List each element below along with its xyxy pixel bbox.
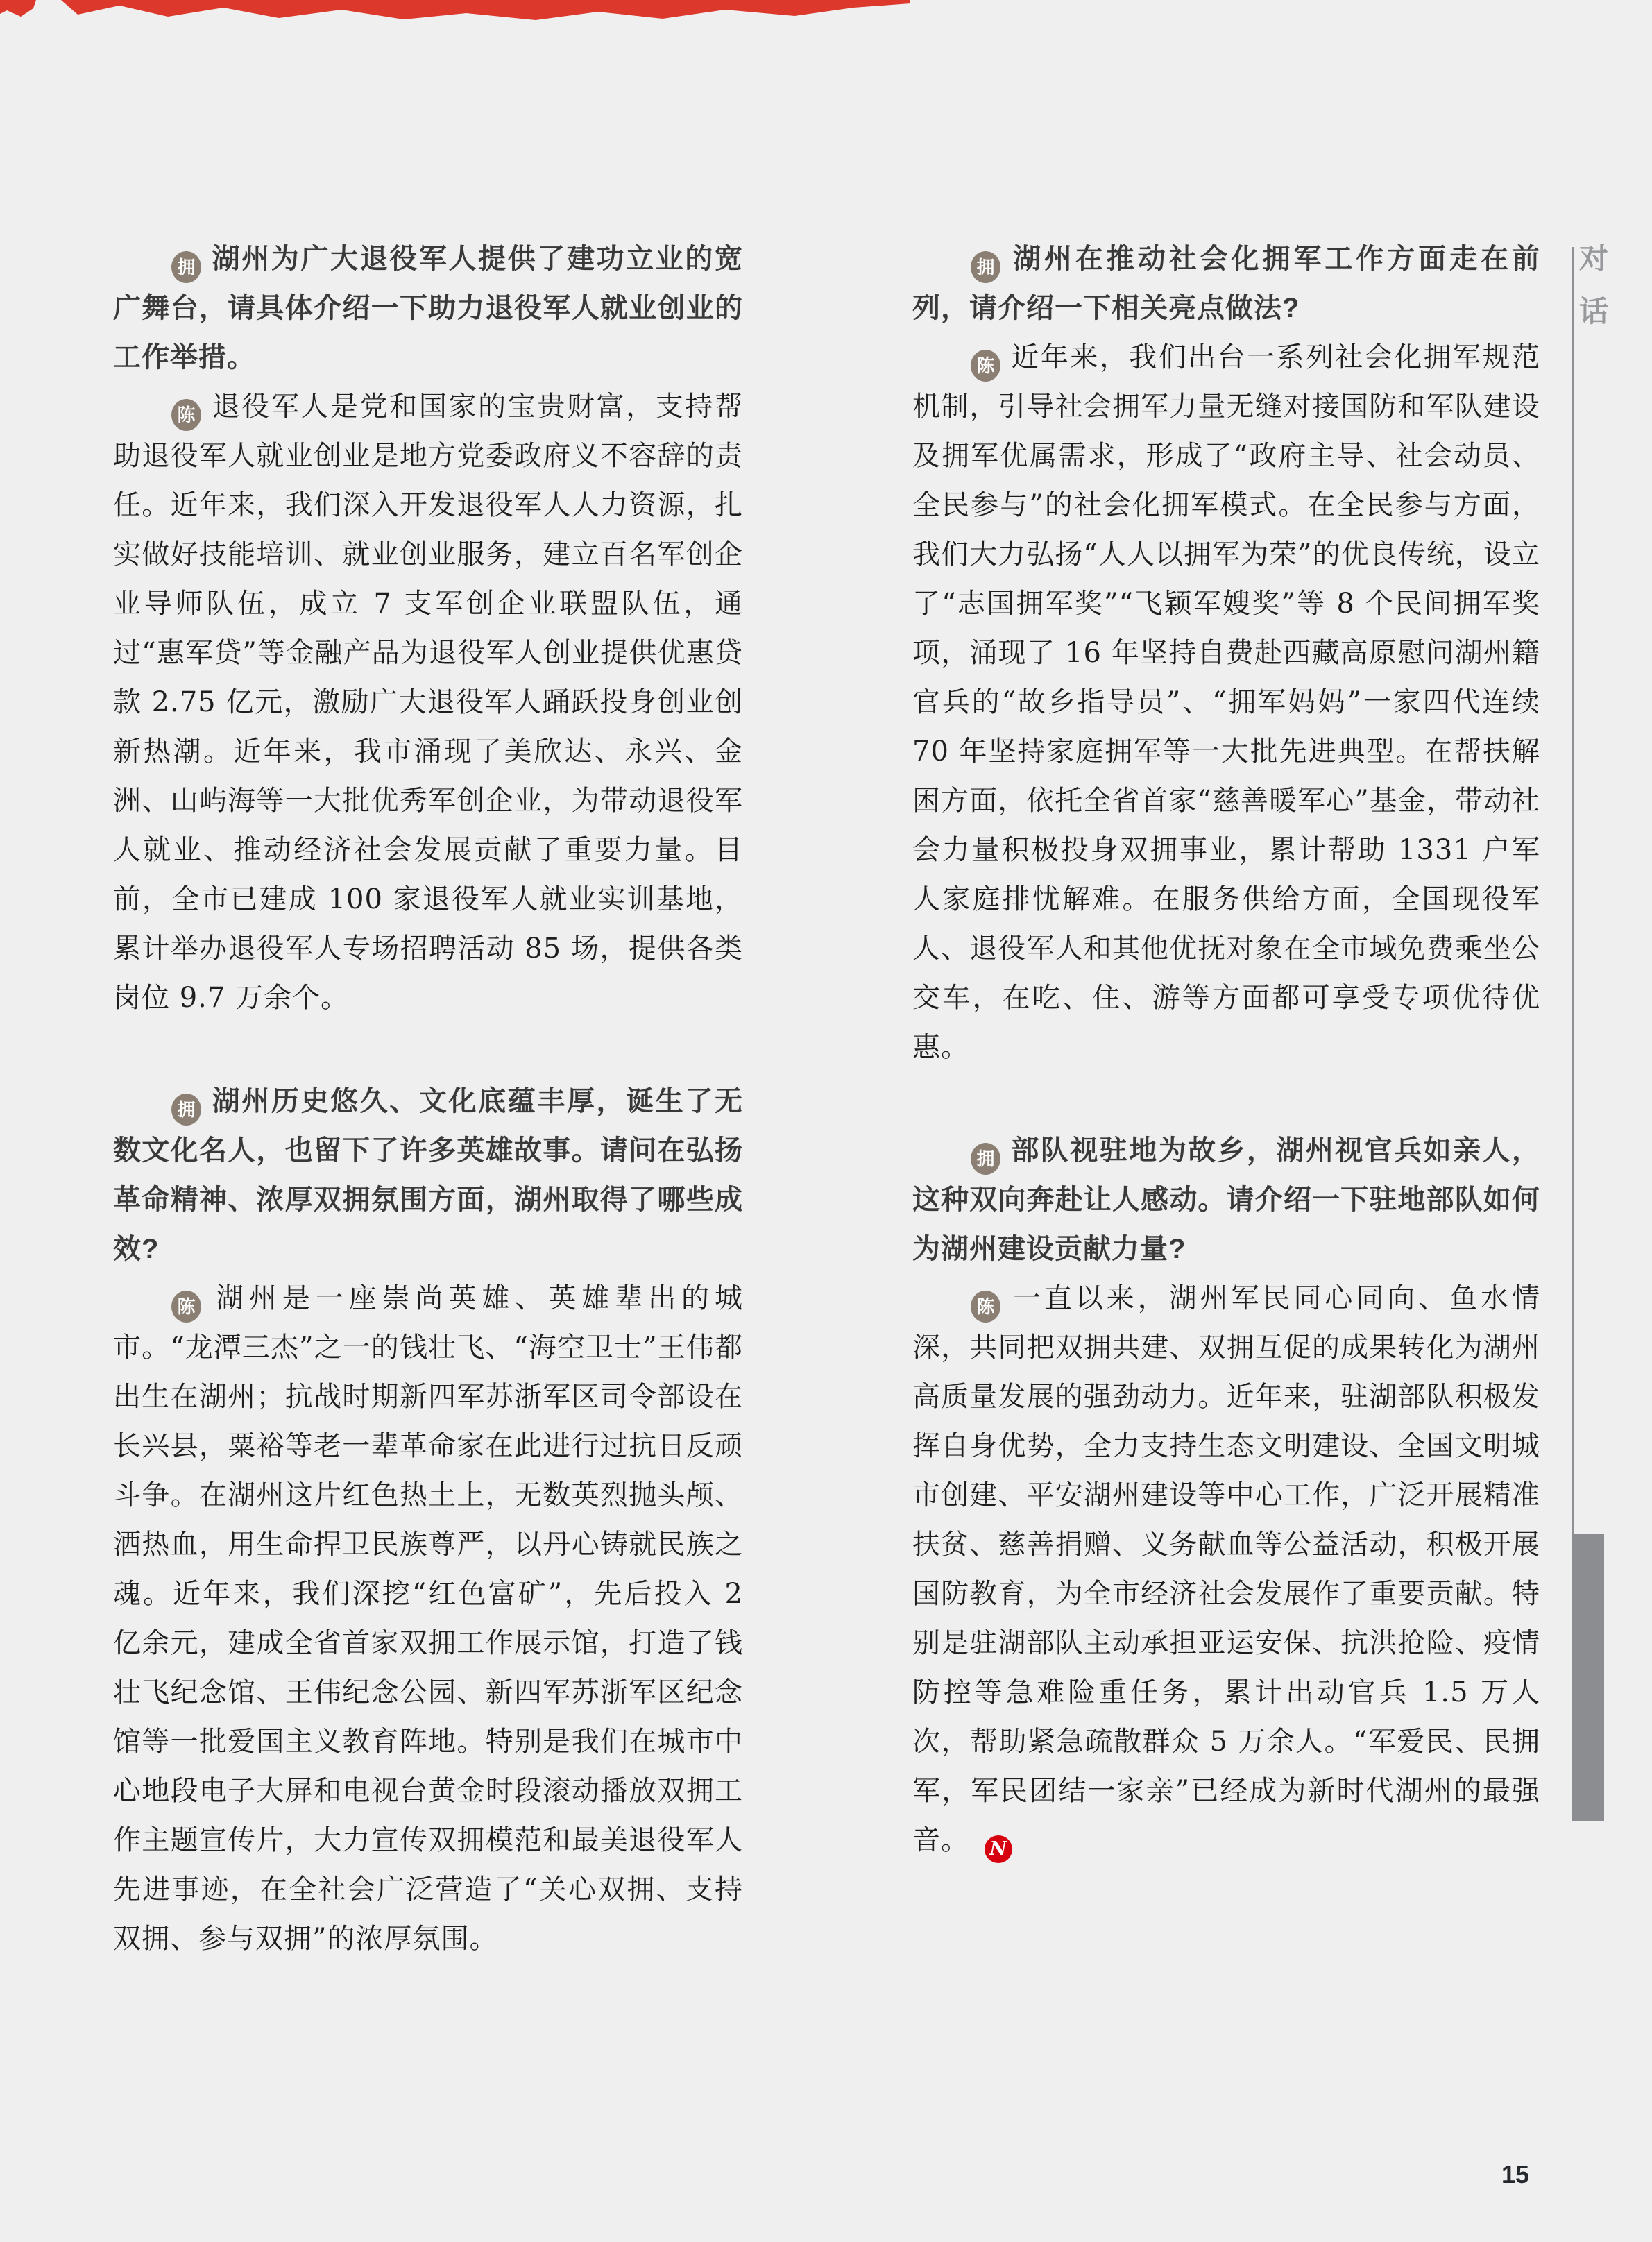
answer-text: 湖州是一座崇尚英雄、英雄辈出的城市。“龙潭三杰”之一的钱壮飞、“海空卫士”王伟都… [113,1282,743,1955]
question-badge-icon: 拥 [171,251,201,283]
section-label-char-1: 对 [1579,244,1608,273]
question-paragraph: 拥部队视驻地为故乡，湖州视官兵如亲人，这种双向奔赴让人感动。请介绍一下驻地部队如… [912,1126,1540,1274]
text-column-left: 拥湖州为广大退役军人提供了建功立业的宽广舞台，请具体介绍一下助力退役军人就业创业… [113,235,743,1964]
answer-paragraph: 陈退役军人是党和国家的宝贵财富，支持帮助退役军人就业创业是地方党委政府义不容辞的… [113,382,743,1023]
torn-red-edge-decoration [0,0,930,24]
section-divider-rule [1572,247,1574,1534]
answer-paragraph: 陈近年来，我们出台一系列社会化拥军规范机制，引导社会拥军力量无缝对接国防和军队建… [912,333,1540,1072]
answer-text: 一直以来，湖州军民同心同向、鱼水情深，共同把双拥共建、双拥互促的成果转化为湖州高… [912,1282,1540,1856]
answer-badge-icon: 陈 [971,1291,1000,1323]
answer-badge-icon: 陈 [171,399,201,431]
end-of-article-mark: N [985,1835,1012,1863]
text-column-right: 拥湖州在推动社会化拥军工作方面走在前列，请介绍一下相关亮点做法? 陈近年来，我们… [912,235,1540,1865]
answer-paragraph: 陈一直以来，湖州军民同心同向、鱼水情深，共同把双拥共建、双拥互促的成果转化为湖州… [912,1274,1540,1865]
right-edge-bar [1572,1534,1604,1821]
question-text: 湖州历史悠久、文化底蕴丰厚，诞生了无数文化名人，也留下了许多英雄故事。请问在弘扬… [113,1086,743,1264]
section-label-char-2: 话 [1579,297,1608,326]
section-label-dialogue: 对 话 [1579,244,1608,326]
question-badge-icon: 拥 [171,1094,201,1126]
question-badge-icon: 拥 [971,1143,1000,1175]
question-text: 湖州为广大退役军人提供了建功立业的宽广舞台，请具体介绍一下助力退役军人就业创业的… [113,244,743,373]
page-number: 15 [1501,2161,1529,2189]
question-paragraph: 拥湖州历史悠久、文化底蕴丰厚，诞生了无数文化名人，也留下了许多英雄故事。请问在弘… [113,1077,743,1274]
question-paragraph: 拥湖州为广大退役军人提供了建功立业的宽广舞台，请具体介绍一下助力退役军人就业创业… [113,235,743,382]
question-text: 部队视驻地为故乡，湖州视官兵如亲人，这种双向奔赴让人感动。请介绍一下驻地部队如何… [912,1135,1540,1264]
answer-badge-icon: 陈 [171,1291,201,1323]
answer-paragraph: 陈湖州是一座崇尚英雄、英雄辈出的城市。“龙潭三杰”之一的钱壮飞、“海空卫士”王伟… [113,1274,743,1964]
answer-text: 退役军人是党和国家的宝贵财富，支持帮助退役军人就业创业是地方党委政府义不容辞的责… [113,391,743,1014]
magazine-page: 拥湖州为广大退役军人提供了建功立业的宽广舞台，请具体介绍一下助力退役军人就业创业… [0,0,1652,2242]
question-text: 湖州在推动社会化拥军工作方面走在前列，请介绍一下相关亮点做法? [912,244,1540,323]
answer-badge-icon: 陈 [971,350,1000,382]
question-badge-icon: 拥 [971,251,1000,283]
answer-text: 近年来，我们出台一系列社会化拥军规范机制，引导社会拥军力量无缝对接国防和军队建设… [912,341,1540,1063]
question-paragraph: 拥湖州在推动社会化拥军工作方面走在前列，请介绍一下相关亮点做法? [912,235,1540,333]
